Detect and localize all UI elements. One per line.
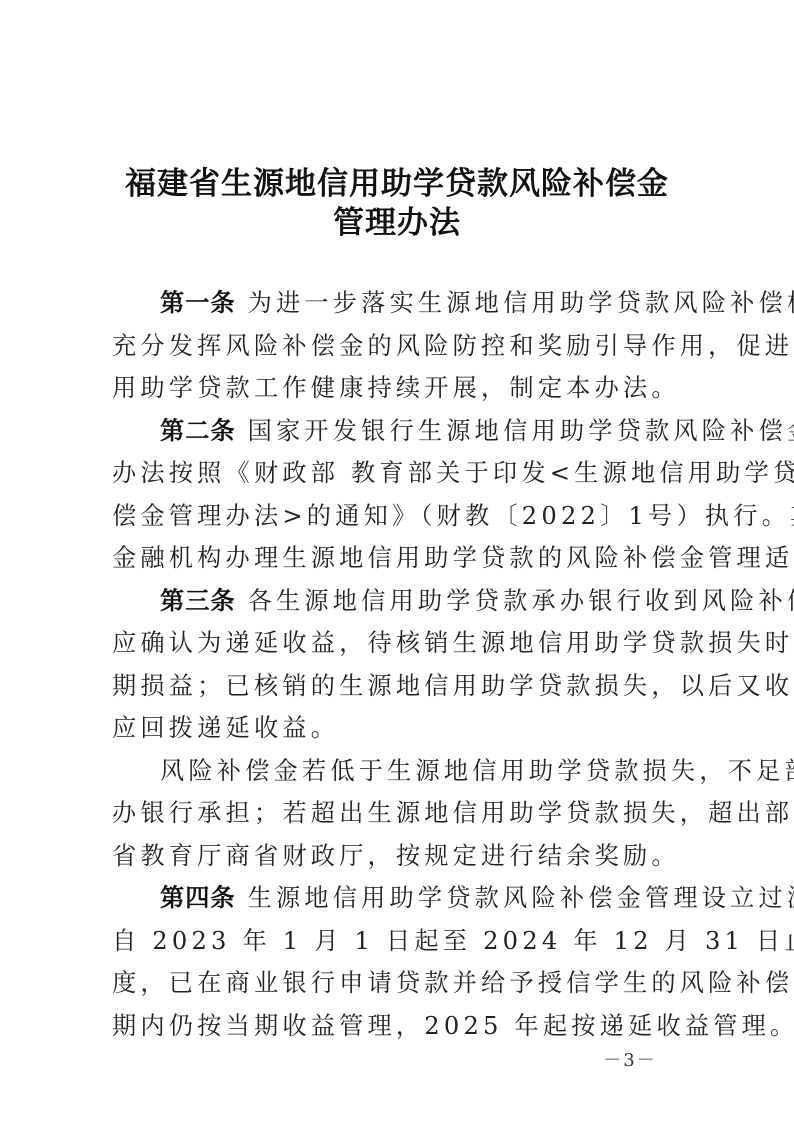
article-text: 应确认为递延收益，待核销生源地信用助学贷款损失时，计入当 — [112, 622, 712, 665]
article-text: 度，已在商业银行申请贷款并给予授信学生的风险补偿金，过渡 — [112, 962, 712, 1005]
article-text: 生源地信用助学贷款风险补偿金管理设立过渡期， — [248, 884, 794, 912]
article-text: 应回拨递延收益。 — [112, 707, 712, 750]
article-text: 为进一步落实生源地信用助学贷款风险补偿机制， — [248, 289, 794, 317]
article-text: 办法按照《财政部 教育部关于印发<生源地信用助学贷款风险补 — [112, 452, 712, 495]
article-label: 第三条 — [160, 587, 236, 615]
document-title-line-2: 管理办法 — [0, 203, 794, 243]
article-text: 国家开发银行生源地信用助学贷款风险补偿金管理 — [248, 417, 794, 445]
article-label: 第四条 — [160, 884, 236, 912]
paragraph-compensation: 风险补偿金若低于生源地信用助学贷款损失，不足部分由承 办银行承担；若超出生源地信… — [112, 750, 712, 878]
article-1: 第一条为进一步落实生源地信用助学贷款风险补偿机制， 充分发挥风险补偿金的风险防控… — [112, 282, 712, 410]
article-text: 自 2023 年 1 月 1 日起至 2024 年 12 月 31 日止。202… — [112, 920, 712, 963]
article-text: 充分发挥风险补偿金的风险防控和奖励引导作用，促进生源地信 — [112, 325, 712, 368]
article-text: 金融机构办理生源地信用助学贷款的风险补偿金管理适用本办法。 — [112, 537, 712, 580]
article-text: 用助学贷款工作健康持续开展，制定本办法。 — [112, 367, 712, 410]
article-text: 办银行承担；若超出生源地信用助学贷款损失，超出部分由福建 — [112, 792, 712, 835]
article-text: 期损益；已核销的生源地信用助学贷款损失，以后又收回的，相 — [112, 665, 712, 708]
article-text: 风险补偿金若低于生源地信用助学贷款损失，不足部分由承 — [112, 750, 712, 793]
article-label: 第二条 — [160, 417, 236, 445]
article-text: 各生源地信用助学贷款承办银行收到风险补偿金， — [248, 587, 794, 615]
article-3: 第三条各生源地信用助学贷款承办银行收到风险补偿金， 应确认为递延收益，待核销生源… — [112, 580, 712, 750]
article-2: 第二条国家开发银行生源地信用助学贷款风险补偿金管理 办法按照《财政部 教育部关于… — [112, 410, 712, 580]
document-title-line-1: 福建省生源地信用助学贷款风险补偿金 — [0, 164, 794, 204]
article-text: 期内仍按当期收益管理，2025 年起按递延收益管理。2023 年起， — [112, 1005, 712, 1048]
article-label: 第一条 — [160, 289, 236, 317]
article-4: 第四条生源地信用助学贷款风险补偿金管理设立过渡期， 自 2023 年 1 月 1… — [112, 877, 712, 1047]
page-number: －3－ — [590, 1046, 670, 1072]
document-body: 第一条为进一步落实生源地信用助学贷款风险补偿机制， 充分发挥风险补偿金的风险防控… — [112, 282, 712, 1047]
article-text: 省教育厅商省财政厅，按规定进行结余奖励。 — [112, 835, 712, 878]
article-text: 偿金管理办法>的通知》（财教〔2022〕1号）执行。其他银行业 — [112, 495, 712, 538]
